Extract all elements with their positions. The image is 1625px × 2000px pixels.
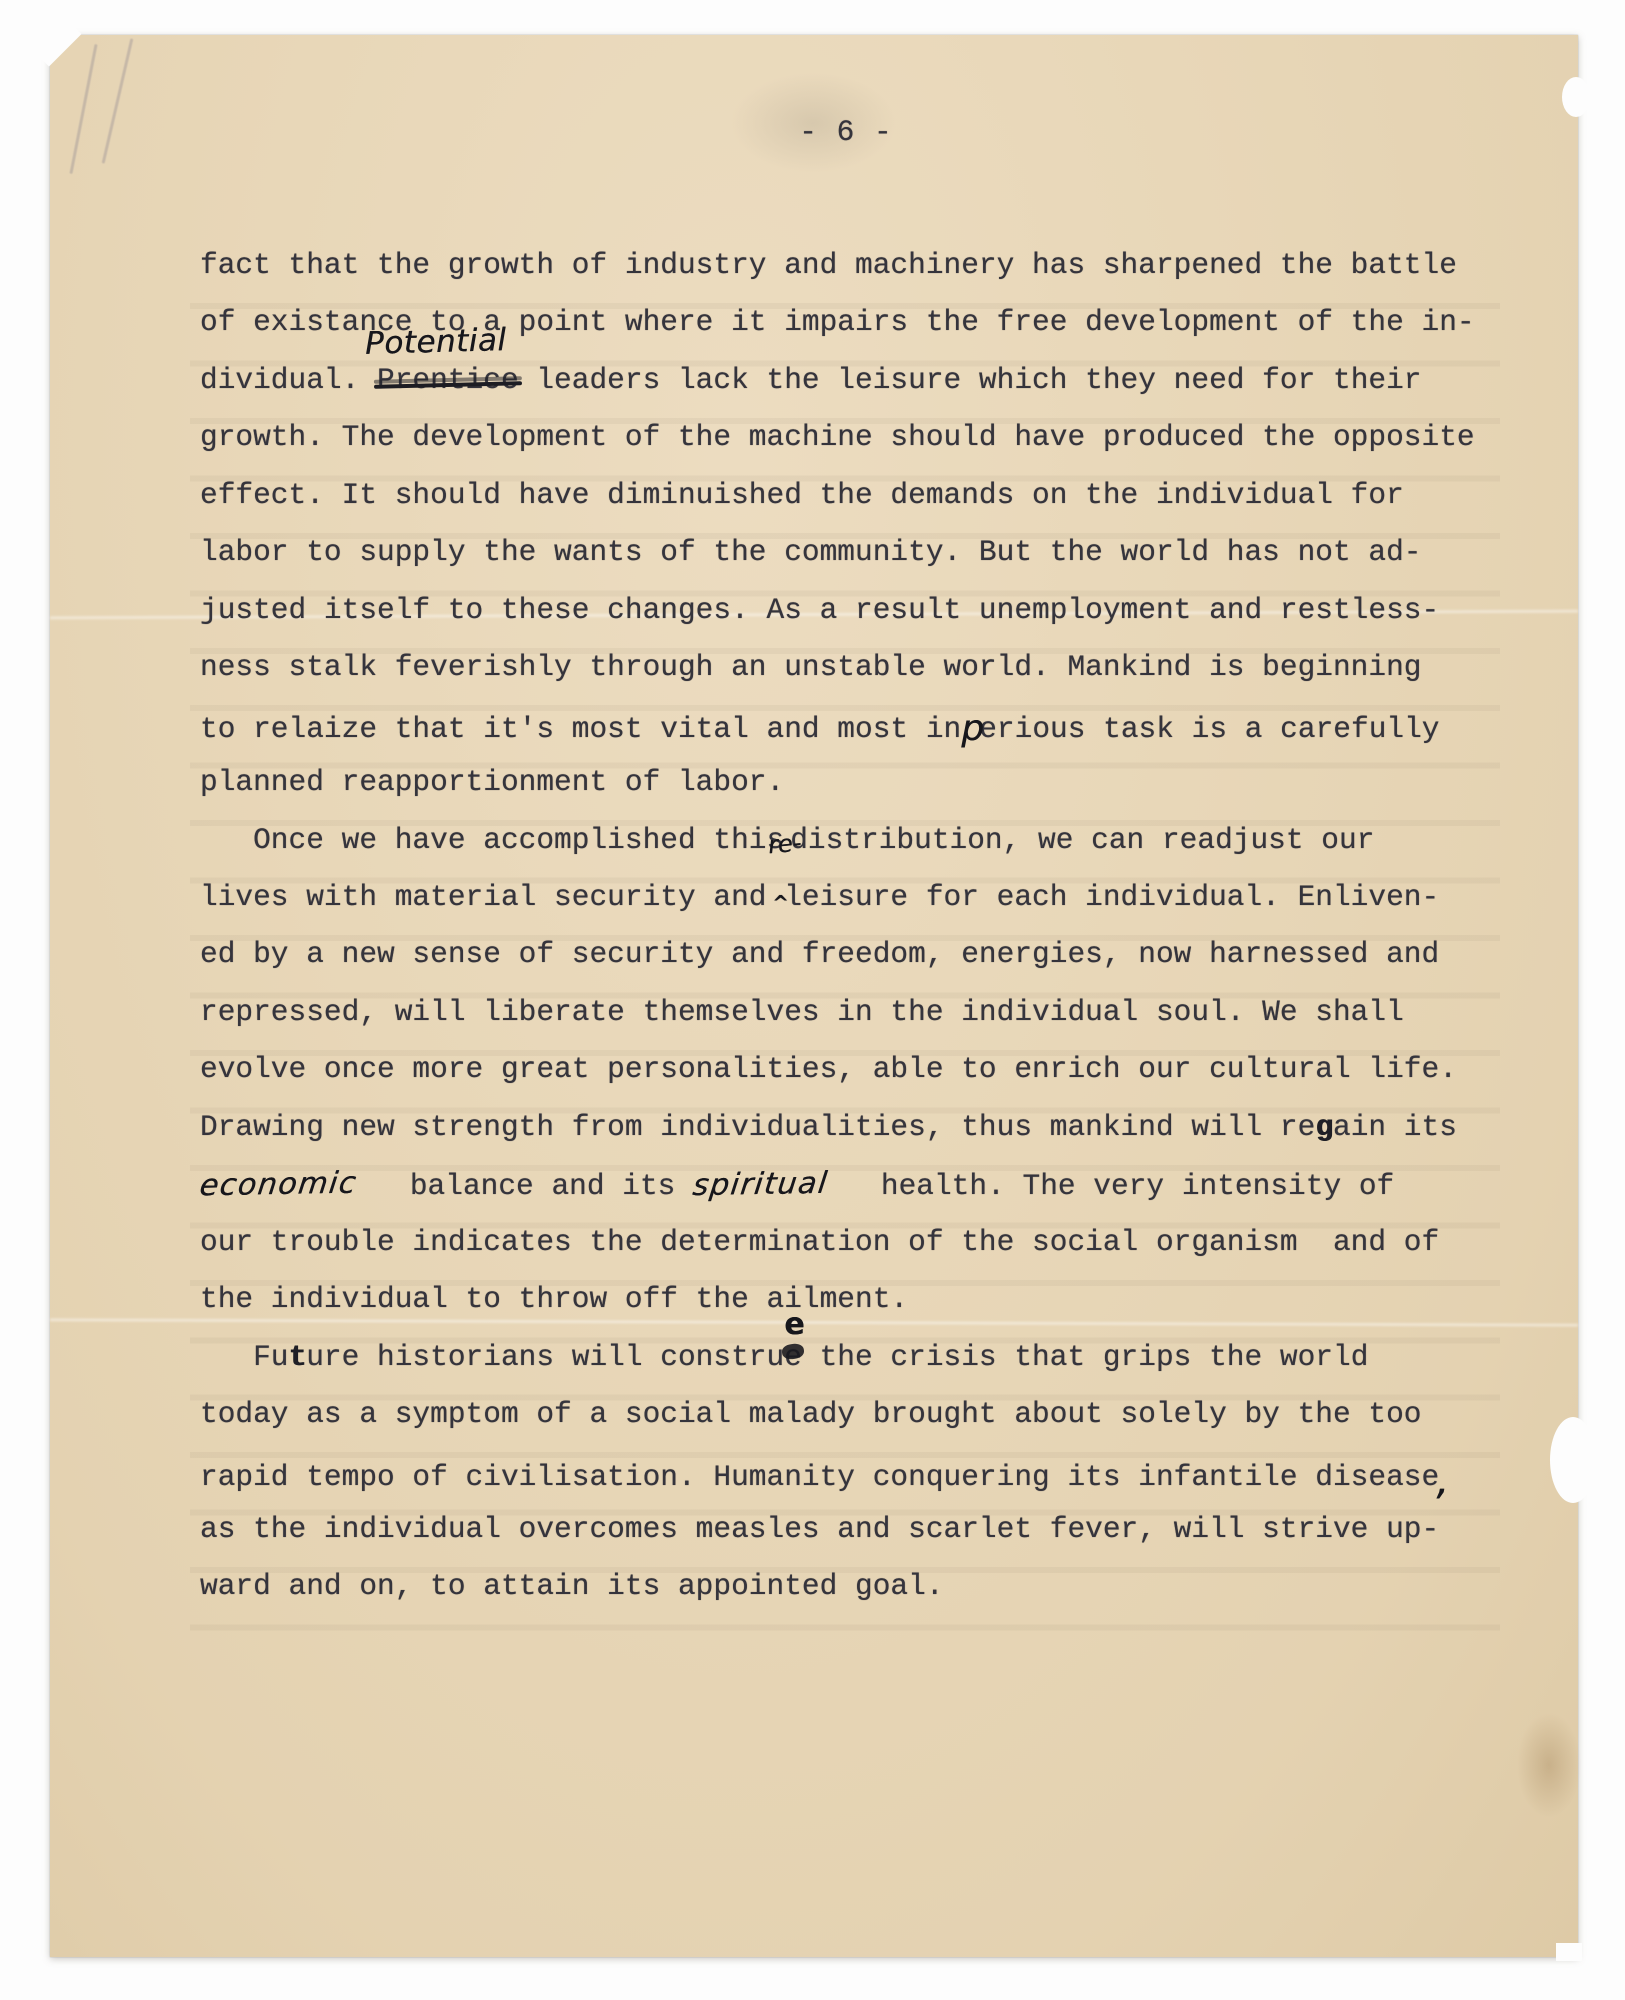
page-number: - 6 - [200, 115, 1492, 149]
typed-text: ure historians will constru [306, 1340, 784, 1374]
pencil-mark [102, 38, 134, 163]
typed-text: today as a symptom of a social malady br… [200, 1397, 1422, 1431]
typed-text: health. The very intensity of [828, 1169, 1395, 1203]
typed-line: justed itself to these changes. As a res… [200, 582, 1530, 639]
typed-text: dividual. [200, 363, 377, 397]
typed-text: effect. It should have diminuished the d… [200, 478, 1404, 512]
typed-text: planned reapportionment of labor. [200, 765, 784, 799]
typed-text: Once we have accomplished this [200, 823, 784, 857]
typed-text: to relaize that it's most vital and most… [200, 712, 961, 746]
typed-line: ward and on, to attain its appointed goa… [200, 1558, 1530, 1615]
typed-line: economic balance and its spiritual healt… [200, 1156, 1530, 1213]
torn-notch [1562, 77, 1590, 117]
scanned-typescript-page: - 6 - fact that the growth of industry a… [0, 0, 1625, 2000]
typed-line: labor to supply the wants of the communi… [200, 524, 1530, 581]
typed-text: distribution, we can readjust our [790, 823, 1374, 857]
typed-text: fact that the growth of industry and mac… [200, 248, 1457, 282]
typed-text: as the individual overcomes measles and … [200, 1512, 1439, 1546]
typed-text: leaders lack the leisure which they need… [519, 363, 1422, 397]
typed-line: rapid tempo of civilisation. Humanity co… [200, 1444, 1530, 1501]
handwritten-correction-boldchar: t [289, 1340, 307, 1374]
pencil-mark [69, 44, 97, 174]
handwritten-correction-scrib: ee [784, 1329, 802, 1386]
handwritten-correction-handcomma: , [1436, 1453, 1448, 1510]
typed-text: justed itself to these changes. As a res… [200, 593, 1439, 627]
typed-text: our trouble indicates the determination … [200, 1225, 1439, 1259]
handwritten-correction-hand: economic [196, 1155, 360, 1215]
handwritten-correction-hand: spiritual [689, 1155, 831, 1215]
typed-line: fact that the growth of industry and mac… [200, 237, 1530, 294]
typed-line: Future historians will construee the cri… [200, 1329, 1530, 1386]
typed-text: labor to supply the wants of the communi… [200, 535, 1422, 569]
typed-text: evolve once more great personalities, ab… [200, 1052, 1457, 1086]
typed-line: Drawing new strength from individualitie… [200, 1099, 1530, 1156]
typed-line: evolve once more great personalities, ab… [200, 1041, 1530, 1098]
handwritten-note: e [784, 1296, 804, 1353]
typed-line: ed by a new sense of security and freedo… [200, 926, 1530, 983]
paper-sheet: - 6 - fact that the growth of industry a… [50, 35, 1578, 1957]
typed-line: Once we have accomplished this^re-distri… [200, 812, 1530, 869]
typed-line: ness stalk feverishly through an unstabl… [200, 639, 1530, 696]
typed-line: today as a symptom of a social malady br… [200, 1386, 1530, 1443]
handwritten-correction-boldchar: g [1315, 1110, 1333, 1144]
insertion-caret: ^ [772, 875, 789, 932]
typed-line: growth. The development of the machine s… [200, 409, 1530, 466]
typed-line: as the individual overcomes measles and … [200, 1501, 1530, 1558]
typed-text: erious task is a carefully [979, 712, 1439, 746]
typed-line: effect. It should have diminuished the d… [200, 467, 1530, 524]
torn-corner [16, 1, 81, 66]
typed-text: the crisis that grips the world [802, 1340, 1369, 1374]
handwritten-note: Potential [364, 312, 507, 373]
typed-text: growth. The development of the machine s… [200, 420, 1475, 454]
typed-line: lives with material security and leisure… [200, 869, 1530, 926]
typed-line: dividual. PrenticePotential leaders lack… [200, 352, 1530, 409]
typed-text: Fu [200, 1340, 289, 1374]
typed-line: our trouble indicates the determination … [200, 1214, 1530, 1271]
typed-text-block: fact that the growth of industry and mac… [200, 237, 1530, 1616]
handwritten-correction-handover: p [961, 700, 979, 757]
torn-corner [1556, 1943, 1582, 1961]
typed-line: planned reapportionment of labor. [200, 754, 1530, 811]
handwritten-correction-strike: PrenticePotential [377, 352, 519, 409]
torn-notch [1550, 1417, 1596, 1503]
typed-text: rapid tempo of civilisation. Humanity co… [200, 1460, 1439, 1494]
typed-text: balance and its [357, 1169, 693, 1203]
typed-line: repressed, will liberate themselves in t… [200, 984, 1530, 1041]
typed-text: Drawing new strength from individualitie… [200, 1110, 1315, 1144]
edge-stain [1506, 1695, 1592, 1835]
typed-text: repressed, will liberate themselves in t… [200, 995, 1404, 1029]
typed-line: the individual to throw off the ailment. [200, 1271, 1530, 1328]
typed-text: ness stalk feverishly through an unstabl… [200, 650, 1422, 684]
typed-text: lives with material security and leisure… [200, 880, 1439, 914]
typed-text: ed by a new sense of security and freedo… [200, 937, 1439, 971]
typed-line: to relaize that it's most vital and most… [200, 697, 1530, 754]
typed-text: ward and on, to attain its appointed goa… [200, 1569, 944, 1603]
handwritten-note: re- [766, 814, 804, 874]
typed-text: ain its [1333, 1110, 1457, 1144]
